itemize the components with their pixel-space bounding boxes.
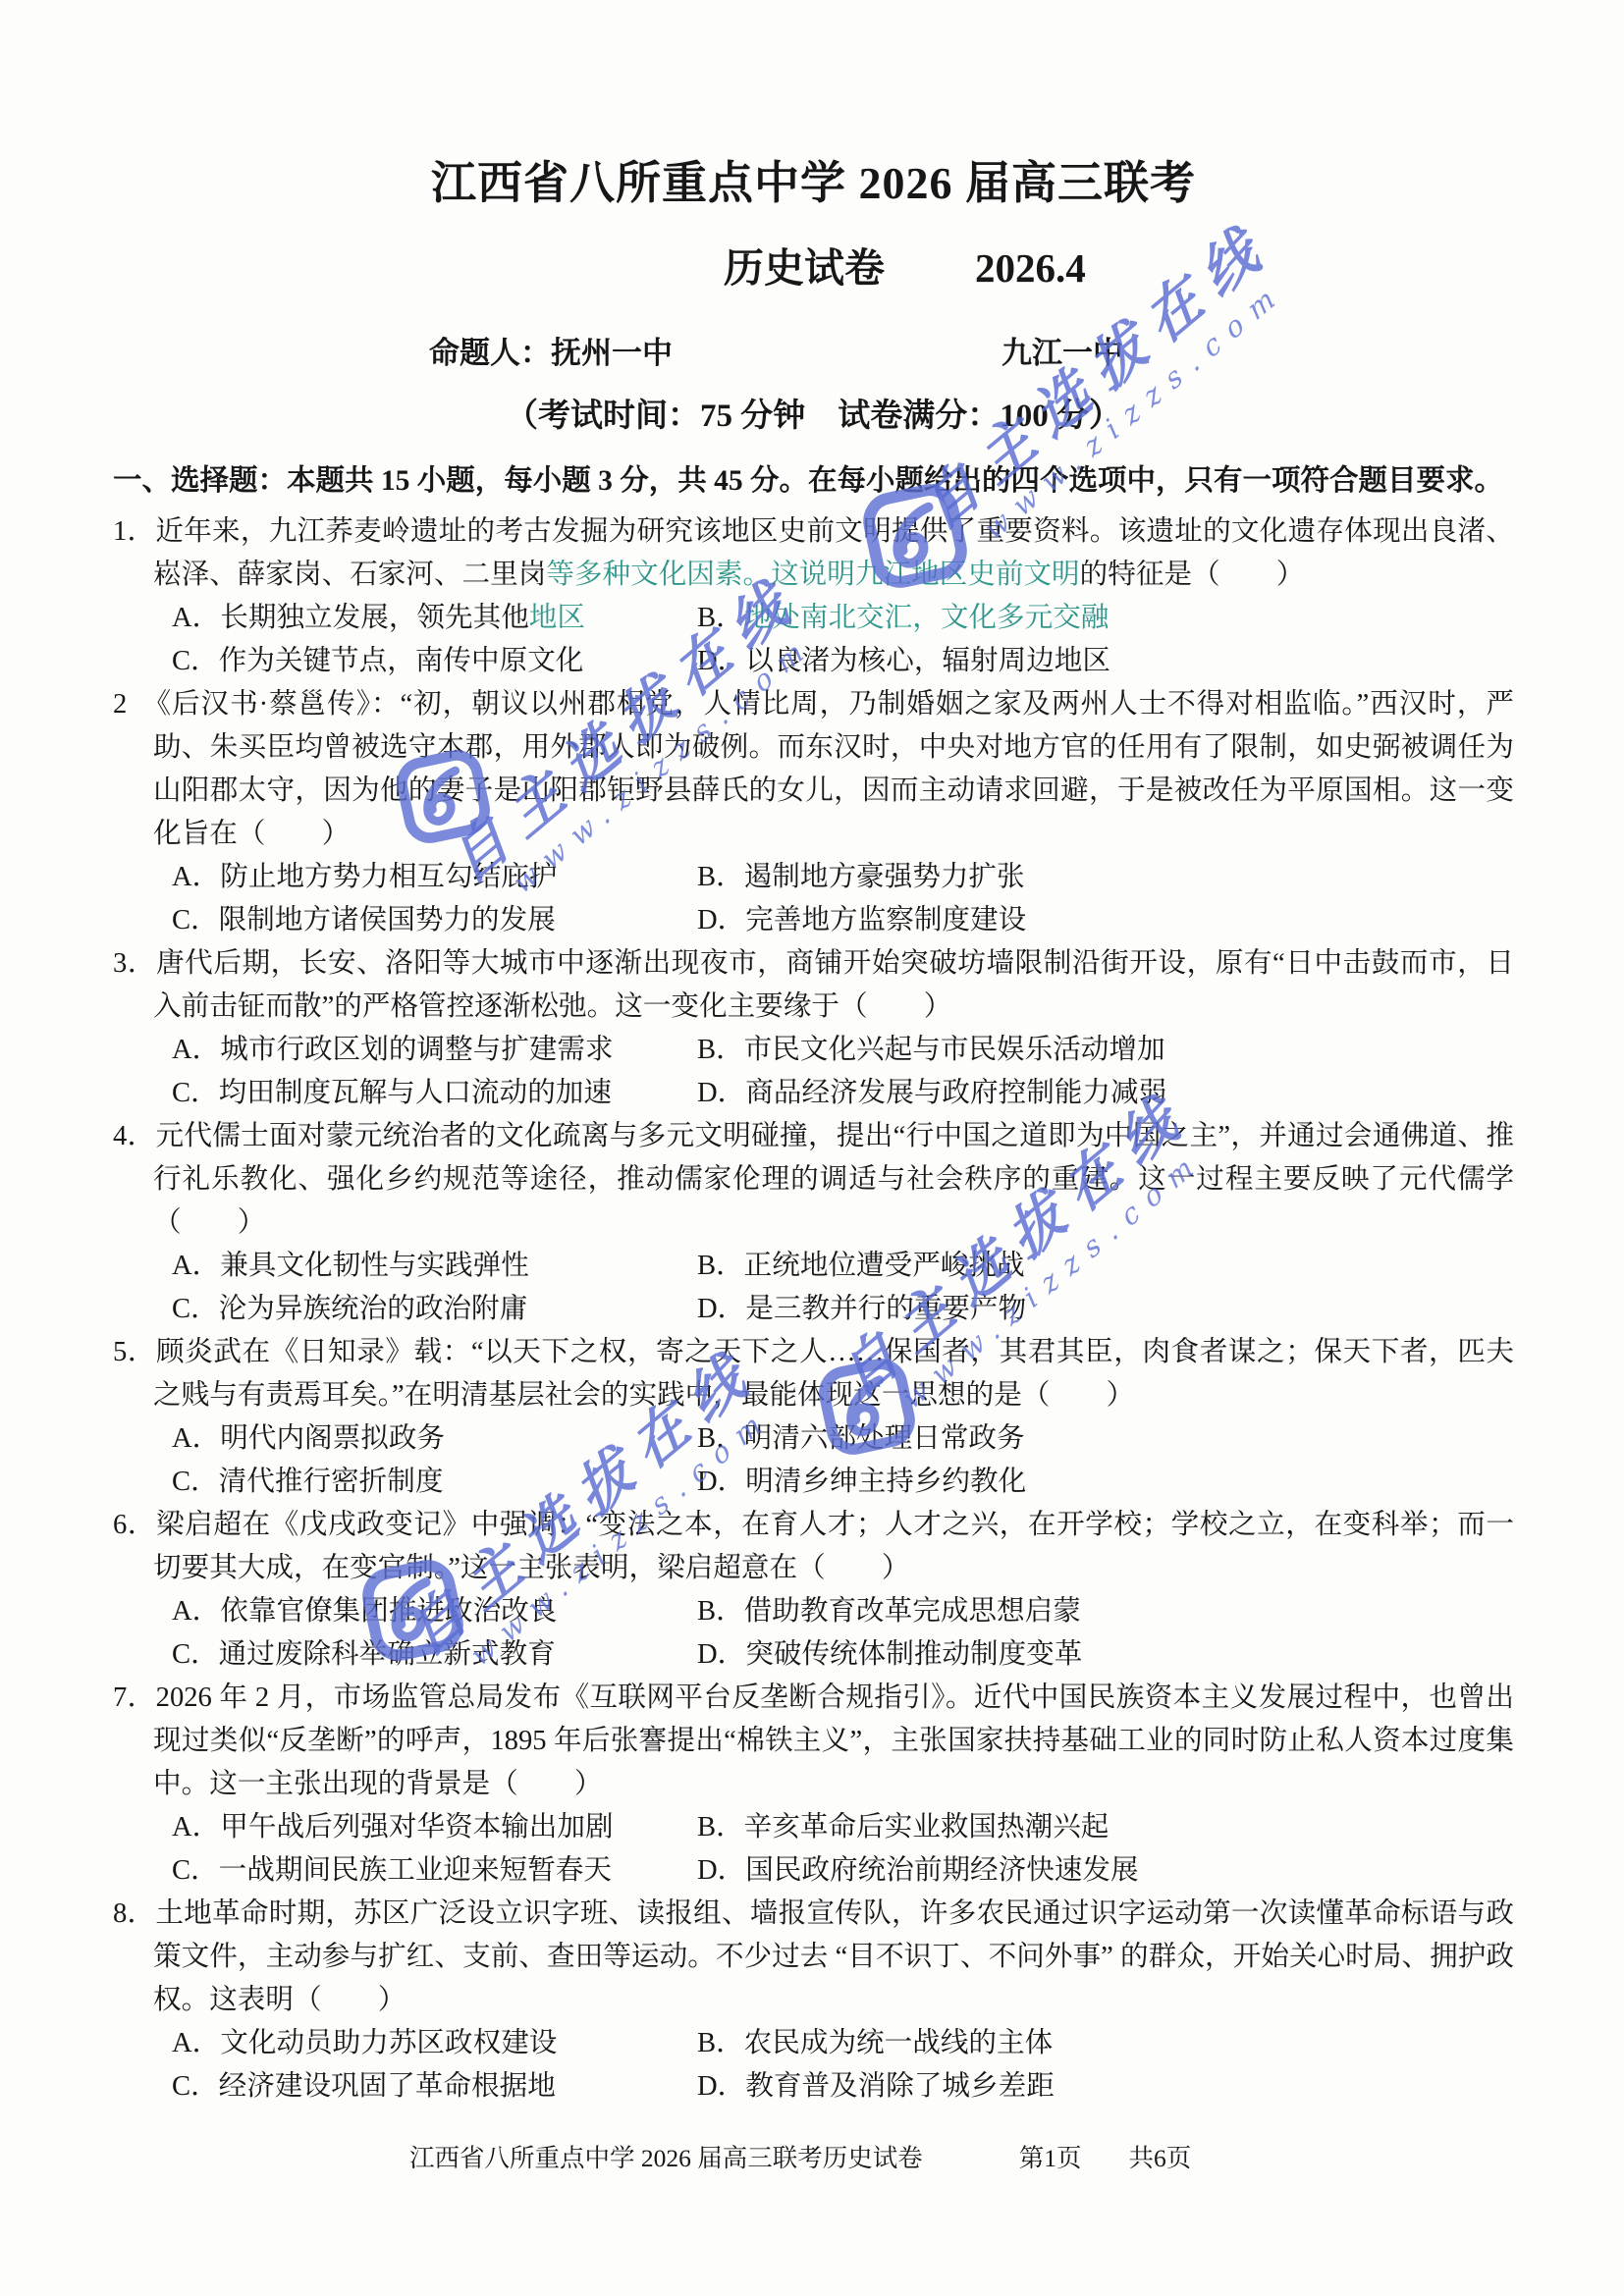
option-d: D．突破传统体制推动制度变革 bbox=[697, 1633, 1514, 1677]
option-a: A．城市行政区划的调整与扩建需求 bbox=[172, 1029, 697, 1072]
question-stem: 2 《后汉书·蔡邕传》：“初，朝议以州郡相党，人情比周，乃制婚姻之家及两州人士不… bbox=[113, 683, 1514, 856]
question-stem: 7．2026 年 2 月，市场监管总局发布《互联网平台反垄断合规指引》。近代中国… bbox=[113, 1677, 1514, 1806]
question-4: 4．元代儒士面对蒙元统治者的文化疏离与多元文明碰撞，提出“行中国之道即为中国之主… bbox=[113, 1115, 1514, 1331]
option-d: D．以良渚为核心，辐射周边地区 bbox=[697, 640, 1514, 683]
options: A．依靠官僚集团推进政治改良 B．借助教育改革完成思想启蒙 C．通过废除科举确立… bbox=[172, 1590, 1514, 1677]
options: A．城市行政区划的调整与扩建需求 B．市民文化兴起与市民娱乐活动增加 C．均田制… bbox=[172, 1029, 1514, 1115]
proposer-school-2: 九江一中 bbox=[1001, 328, 1123, 372]
stem-text-highlight: 等多种文化因素。这说明九江地区史前文明 bbox=[546, 560, 1079, 590]
question-number: 1． bbox=[113, 516, 155, 547]
option-c: C．均田制度瓦解与人口流动的加速 bbox=[172, 1072, 697, 1115]
exam-info: （考试时间：75 分钟 试卷满分：100 分） bbox=[113, 393, 1514, 440]
stem-text: 顾炎武在《日知录》载：“以天下之权，寄之天下之人……保国者，其君其臣，肉食者谋之… bbox=[153, 1337, 1514, 1411]
options: A．长期独立发展，领先其他地区 B．地处南北交汇，文化多元交融 C．作为关键节点… bbox=[172, 597, 1514, 683]
question-number: 7． bbox=[113, 1682, 156, 1713]
subtitle-row: 历史试卷 2026.4 bbox=[113, 243, 1514, 293]
option-d: D．教育普及消除了城乡差距 bbox=[697, 2065, 1514, 2109]
option-c: C．通过废除科举确立新式教育 bbox=[172, 1633, 697, 1677]
question-8: 8．土地革命时期，苏区广泛设立识字班、读报组、墙报宣传队，许多农民通过识字运动第… bbox=[113, 1893, 1514, 2109]
question-3: 3．唐代后期，长安、洛阳等大城市中逐渐出现夜市，商铺开始突破坊墙限制沿街开设，原… bbox=[113, 942, 1514, 1115]
question-stem: 4．元代儒士面对蒙元统治者的文化疏离与多元文明碰撞，提出“行中国之道即为中国之主… bbox=[113, 1115, 1514, 1245]
section-rest: 本题共 15 小题，每小题 3 分，共 45 分。在每小题给出的四个选项中，只有… bbox=[287, 465, 1503, 497]
question-number: 2 bbox=[113, 689, 157, 720]
question-6: 6．梁启超在《戊戌政变记》中强调：“变法之本，在育人才；人才之兴，在开学校；学校… bbox=[113, 1504, 1514, 1677]
options: A．文化动员助力苏区政权建设 B．农民成为统一战线的主体 C．经济建设巩固了革命… bbox=[172, 2022, 1514, 2109]
option-c: C．经济建设巩固了革命根据地 bbox=[172, 2065, 697, 2109]
option-c: C．一战期间民族工业迎来短暂春天 bbox=[172, 1849, 697, 1893]
stem-text: 唐代后期，长安、洛阳等大城市中逐渐出现夜市，商铺开始突破坊墙限制沿街开设，原有“… bbox=[153, 948, 1514, 1022]
option-a: A．长期独立发展，领先其他地区 bbox=[172, 597, 697, 640]
options: A．兼具文化韧性与实践弹性 B．正统地位遭受严峻挑战 C．沦为异族统治的政治附庸… bbox=[172, 1245, 1514, 1331]
option-a: A．依靠官僚集团推进政治改良 bbox=[172, 1590, 697, 1633]
options: A．明代内阁票拟政务 B．明清六部处理日常政务 C．清代推行密折制度 D．明清乡… bbox=[172, 1417, 1514, 1504]
question-number: 5． bbox=[113, 1337, 156, 1367]
option-c: C．限制地方诸侯国势力的发展 bbox=[172, 899, 697, 942]
stem-text: 元代儒士面对蒙元统治者的文化疏离与多元文明碰撞，提出“行中国之道即为中国之主”，… bbox=[153, 1121, 1514, 1238]
option-c: C．沦为异族统治的政治附庸 bbox=[172, 1288, 697, 1331]
question-number: 4． bbox=[113, 1121, 155, 1151]
option-a: A．兼具文化韧性与实践弹性 bbox=[172, 1245, 697, 1288]
option-b: B．借助教育改革完成思想启蒙 bbox=[697, 1590, 1514, 1633]
proposer-school-1: 命题人：抚州一中 bbox=[429, 328, 673, 372]
stem-text: 土地革命时期，苏区广泛设立识字班、读报组、墙报宣传队，许多农民通过识字运动第一次… bbox=[153, 1898, 1514, 2015]
option-d: D．国民政府统治前期经济快速发展 bbox=[697, 1849, 1514, 1893]
question-1: 1．近年来，九江荞麦岭遗址的考古发掘为研究该地区史前文明提供了重要资料。该遗址的… bbox=[113, 510, 1514, 683]
option-a: A．明代内阁票拟政务 bbox=[172, 1417, 697, 1461]
option-b: B．正统地位遭受严峻挑战 bbox=[697, 1245, 1514, 1288]
stem-text: 的特征是（ ） bbox=[1080, 560, 1305, 590]
stem-text: 梁启超在《戊戌政变记》中强调：“变法之本，在育人才；人才之兴，在开学校；学校之立… bbox=[153, 1510, 1514, 1583]
page-footer: 江西省八所重点中学 2026 届高三联考历史试卷第1页共6页 bbox=[113, 2142, 1514, 2175]
option-a: A．甲午战后列强对华资本输出加剧 bbox=[172, 1806, 697, 1849]
option-c: C．清代推行密折制度 bbox=[172, 1461, 697, 1504]
question-number: 3． bbox=[113, 948, 156, 979]
subject-name: 历史试卷 bbox=[724, 243, 885, 293]
exam-date: 2026.4 bbox=[975, 243, 1086, 293]
options: A．甲午战后列强对华资本输出加剧 B．辛亥革命后实业救国热潮兴起 C．一战期间民… bbox=[172, 1806, 1514, 1893]
proposer-row: 命题人：抚州一中 九江一中 bbox=[113, 328, 1514, 373]
stem-text: 《后汉书·蔡邕传》：“初，朝议以州郡相党，人情比周，乃制婚姻之家及两州人士不得对… bbox=[153, 689, 1514, 849]
section-heading: 一、选择题：本题共 15 小题，每小题 3 分，共 45 分。在每小题给出的四个… bbox=[113, 459, 1514, 503]
question-stem: 5．顾炎武在《日知录》载：“以天下之权，寄之天下之人……保国者，其君其臣，肉食者… bbox=[113, 1331, 1514, 1417]
question-list: 1．近年来，九江荞麦岭遗址的考古发掘为研究该地区史前文明提供了重要资料。该遗址的… bbox=[113, 510, 1514, 2109]
question-7: 7．2026 年 2 月，市场监管总局发布《互联网平台反垄断合规指引》。近代中国… bbox=[113, 1677, 1514, 1893]
option-b: B．辛亥革命后实业救国热潮兴起 bbox=[697, 1806, 1514, 1849]
option-d: D．完善地方监察制度建设 bbox=[697, 899, 1514, 942]
option-b: B．市民文化兴起与市民娱乐活动增加 bbox=[697, 1029, 1514, 1072]
footer-page-number: 第1页 bbox=[1019, 2144, 1082, 2172]
question-stem: 1．近年来，九江荞麦岭遗址的考古发掘为研究该地区史前文明提供了重要资料。该遗址的… bbox=[113, 510, 1514, 597]
question-2: 2 《后汉书·蔡邕传》：“初，朝议以州郡相党，人情比周，乃制婚姻之家及两州人士不… bbox=[113, 683, 1514, 942]
option-d: D．是三教并行的重要产物 bbox=[697, 1288, 1514, 1331]
exam-paper-page: 自主选拔在线 www.zizzs.com 自主选拔在线 www.zizzs.co… bbox=[0, 0, 1624, 2296]
option-d: D．明清乡绅主持乡约教化 bbox=[697, 1461, 1514, 1504]
question-stem: 8．土地革命时期，苏区广泛设立识字班、读报组、墙报宣传队，许多农民通过识字运动第… bbox=[113, 1893, 1514, 2022]
option-b: B．明清六部处理日常政务 bbox=[697, 1417, 1514, 1461]
option-b: B．遏制地方豪强势力扩张 bbox=[697, 856, 1514, 899]
option-d: D．商品经济发展与政府控制能力减弱 bbox=[697, 1072, 1514, 1115]
question-stem: 6．梁启超在《戊戌政变记》中强调：“变法之本，在育人才；人才之兴，在开学校；学校… bbox=[113, 1504, 1514, 1590]
option-b: B．地处南北交汇，文化多元交融 bbox=[697, 597, 1514, 640]
footer-title: 江西省八所重点中学 2026 届高三联考历史试卷 bbox=[409, 2144, 923, 2172]
section-lead: 一、选择题： bbox=[113, 465, 287, 497]
question-5: 5．顾炎武在《日知录》载：“以天下之权，寄之天下之人……保国者，其君其臣，肉食者… bbox=[113, 1331, 1514, 1504]
question-number: 8． bbox=[113, 1898, 155, 1929]
footer-page-total: 共6页 bbox=[1129, 2144, 1192, 2172]
option-a: A．文化动员助力苏区政权建设 bbox=[172, 2022, 697, 2065]
option-b: B．农民成为统一战线的主体 bbox=[697, 2022, 1514, 2065]
question-stem: 3．唐代后期，长安、洛阳等大城市中逐渐出现夜市，商铺开始突破坊墙限制沿街开设，原… bbox=[113, 942, 1514, 1029]
page-title: 江西省八所重点中学 2026 届高三联考 bbox=[113, 0, 1514, 212]
stem-text: 2026 年 2 月，市场监管总局发布《互联网平台反垄断合规指引》。近代中国民族… bbox=[153, 1682, 1514, 1799]
option-a: A．防止地方势力相互勾结庇护 bbox=[172, 856, 697, 899]
option-c: C．作为关键节点，南传中原文化 bbox=[172, 640, 697, 683]
question-number: 6． bbox=[113, 1510, 156, 1540]
options: A．防止地方势力相互勾结庇护 B．遏制地方豪强势力扩张 C．限制地方诸侯国势力的… bbox=[172, 856, 1514, 942]
